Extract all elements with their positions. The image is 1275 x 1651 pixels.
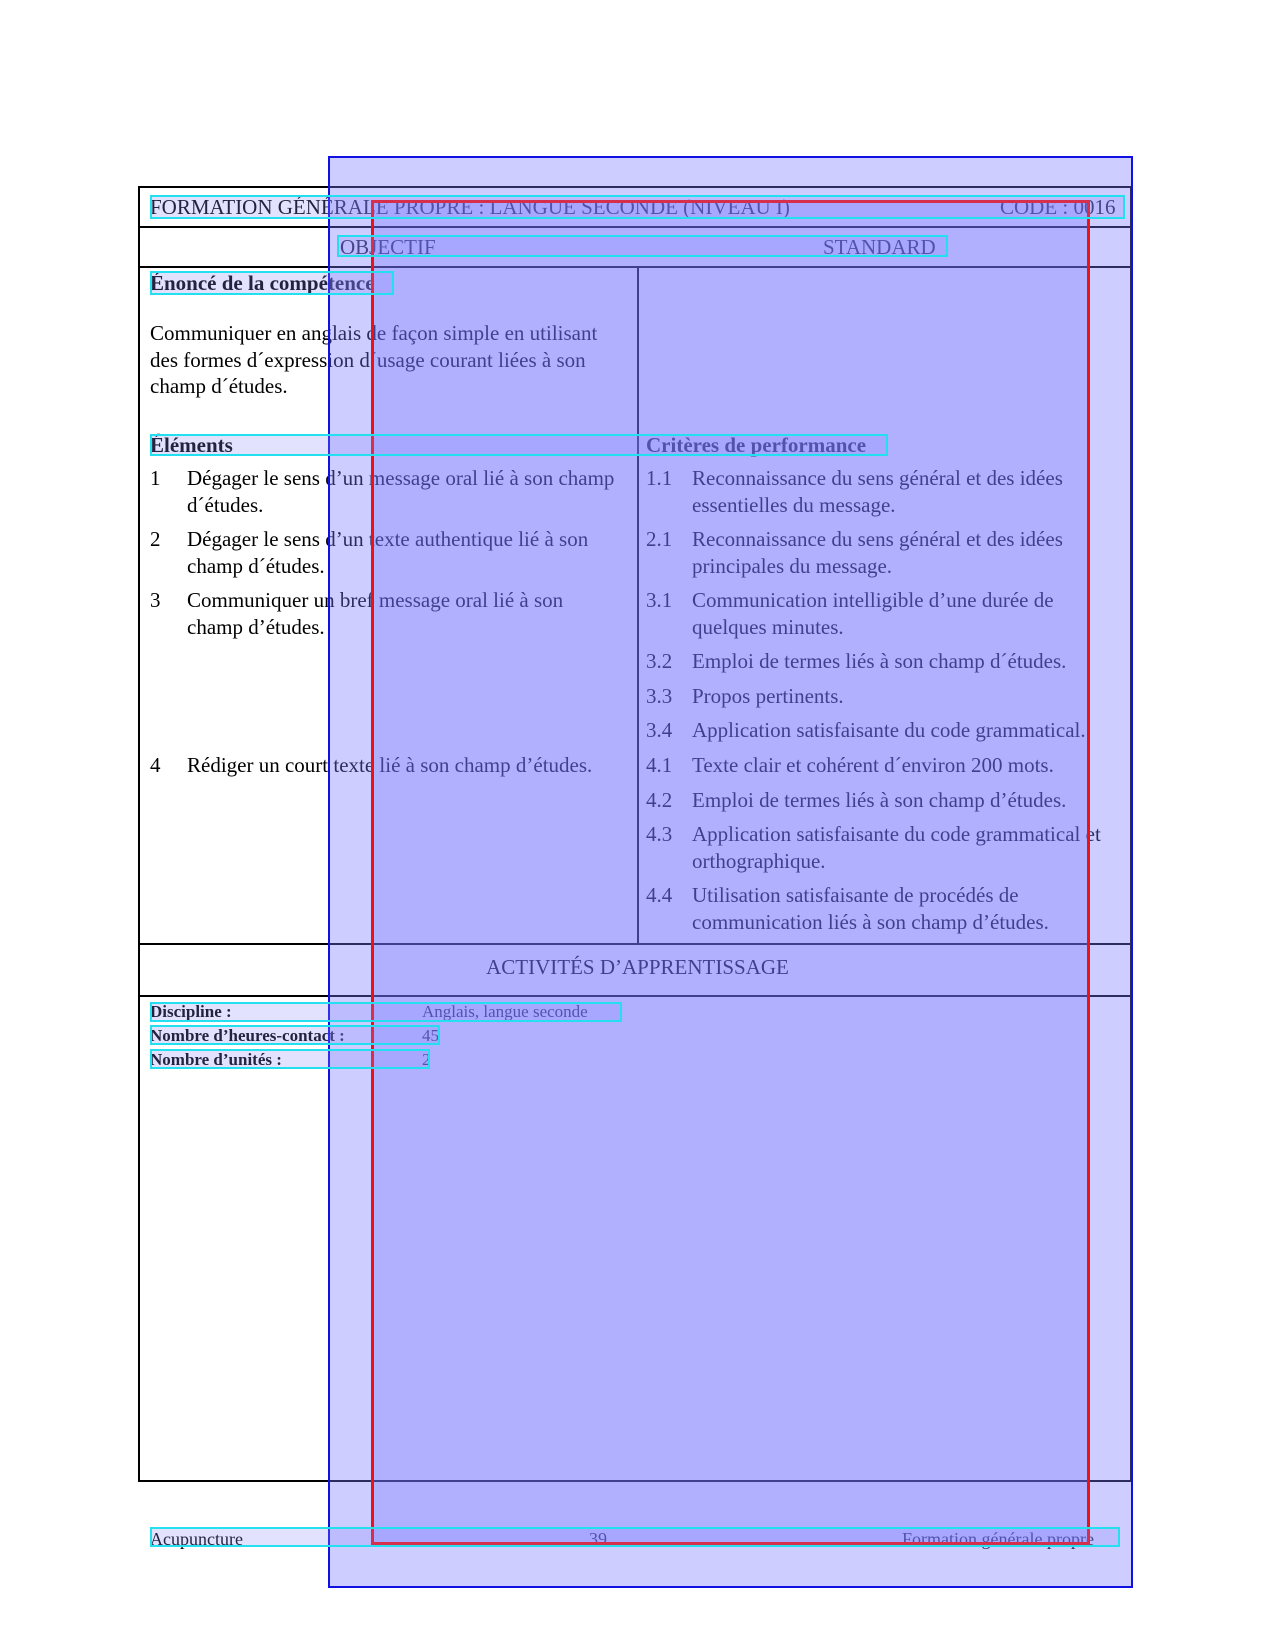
- element-number: 4: [150, 752, 161, 779]
- document-page: FORMATION GÉNÉRALE PROPRE : LANGUE SECON…: [0, 0, 1275, 1651]
- footer-program: Acupuncture: [150, 1526, 243, 1552]
- field-label-contact-hours: Nombre d’heures-contact :: [150, 1025, 345, 1047]
- element-number: 1: [150, 465, 161, 492]
- element-number: 2: [150, 526, 161, 553]
- element-number: 3: [150, 587, 161, 614]
- selection-region-inner: [371, 200, 1090, 1545]
- field-label-discipline: Discipline :: [150, 1001, 232, 1023]
- elements-heading: Éléments: [150, 432, 233, 458]
- field-label-units: Nombre d’unités :: [150, 1049, 282, 1071]
